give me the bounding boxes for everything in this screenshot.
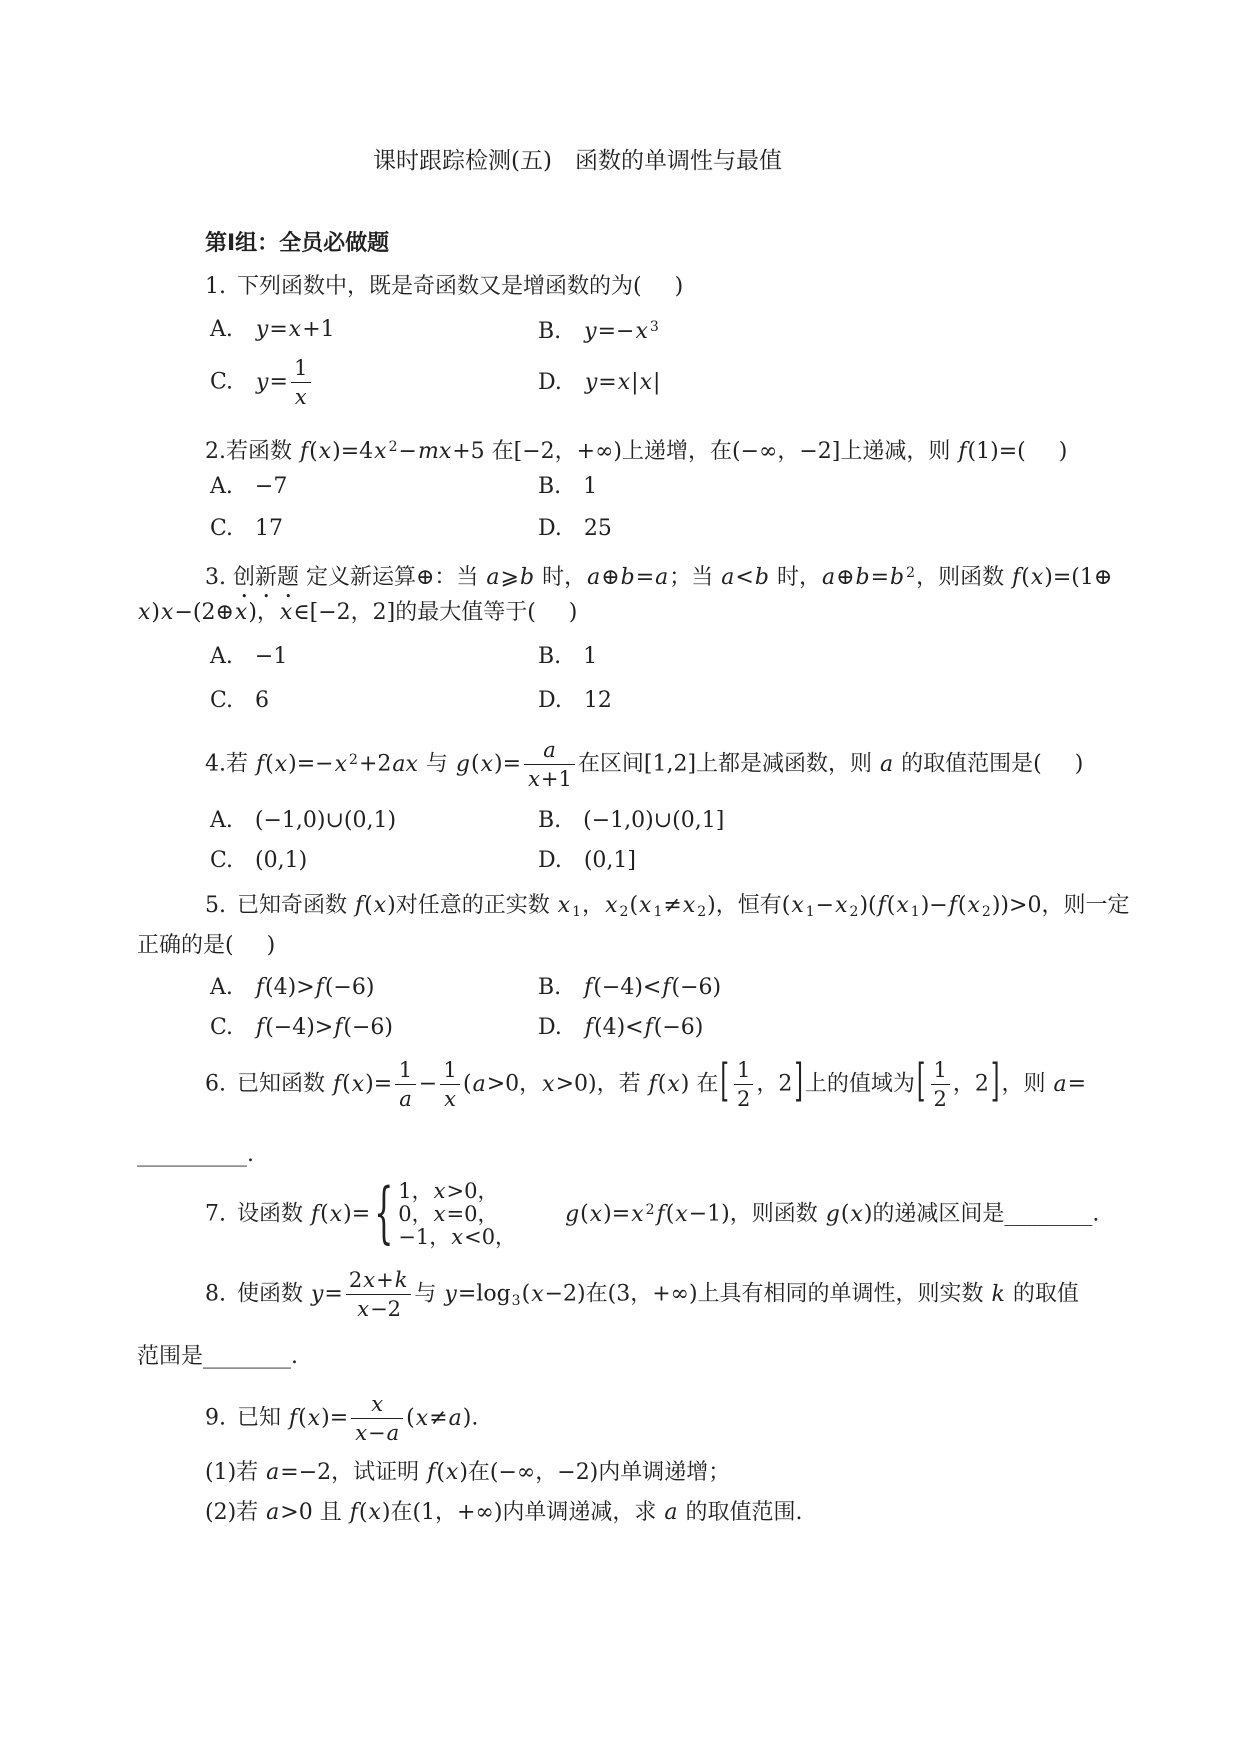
question-5-options-row-1: A. f(4)>f(−6)B. f(−4)<f(−6) xyxy=(210,973,721,1003)
fraction-denominator: x xyxy=(440,1084,460,1111)
question-9-part-1: (1)若 a=−2，试证明 f(x)在(−∞，−2)内单调递增； xyxy=(205,1458,730,1488)
math-variable: a xyxy=(485,565,500,590)
question-5-option-b: B. f(−4)<f(−6) xyxy=(538,973,721,1003)
math-variable: x xyxy=(443,1087,457,1111)
piecewise-definition: {1，x>0，0，x=0，−1，x<0， xyxy=(374,1180,516,1249)
question-5-line-2: 正确的是( ) xyxy=(137,931,275,961)
question-4-option-b: B. (−1,0)∪(0,1] xyxy=(538,806,724,836)
fraction-denominator: 2 xyxy=(931,1084,950,1111)
question-4-option-a: A. (−1,0)∪(0,1) xyxy=(210,806,538,836)
question-4-options-row-1: A. (−1,0)∪(0,1)B. (−1,0)∪(0,1] xyxy=(210,806,724,836)
math-variable: a xyxy=(586,565,601,590)
math-variable: x xyxy=(450,1225,464,1249)
math-variable: y xyxy=(310,1282,324,1307)
math-variable: x xyxy=(639,370,653,395)
math-variable: x xyxy=(634,319,648,344)
question-7-stem: 7. 设函数 f(x)={1，x>0，0，x=0，−1，x<0， g(x)=x2… xyxy=(205,1180,1099,1249)
math-variable: f xyxy=(332,1072,342,1097)
subscript: 3 xyxy=(511,1293,522,1309)
math-variable: y xyxy=(443,1282,457,1307)
question-1-option-a: A. y=x+1 xyxy=(210,315,538,345)
math-variable: a xyxy=(720,565,735,590)
math-variable: x xyxy=(367,1500,381,1525)
subscript: 1 xyxy=(910,904,921,920)
math-variable: a xyxy=(265,1500,280,1525)
math-variable: k xyxy=(991,1282,1006,1307)
math-variable: y xyxy=(584,370,598,395)
math-variable: b xyxy=(620,565,636,590)
fraction-numerator: 1 xyxy=(734,1058,753,1084)
question-3-options-row-2: C. 6D. 12 xyxy=(210,686,612,716)
question-9-part-2: (2)若 a>0 且 f(x)在(1，+∞)内单调递减，求 a 的取值范围. xyxy=(205,1498,803,1528)
question-6-stem: 6. 已知函数 f(x)=1a−1x(a>0，x>0)，若 f(x) 在[12，… xyxy=(205,1058,1086,1111)
math-variable: x xyxy=(527,767,541,791)
fraction: 2x+kx−2 xyxy=(346,1268,412,1321)
question-3-line-1: 3. 创新题 定义新运算⊕：当 a⩾b 时，a⊕b=a；当 a<b 时，a⊕b=… xyxy=(205,558,1112,603)
math-variable: x xyxy=(351,1072,365,1097)
math-variable: f xyxy=(299,439,309,464)
subscript: 2 xyxy=(849,904,860,920)
subscript: 1 xyxy=(652,904,663,920)
math-variable: b xyxy=(855,565,871,590)
math-variable: x xyxy=(790,893,804,918)
math-variable: g xyxy=(455,752,471,777)
math-variable: x xyxy=(849,1202,863,1227)
question-3-option-d: D. 12 xyxy=(538,686,612,716)
superscript: 2 xyxy=(905,565,916,581)
math-variable: f xyxy=(584,1015,594,1040)
math-variable: y xyxy=(255,370,269,395)
superscript: 2 xyxy=(348,752,359,768)
fraction-denominator: x−a xyxy=(351,1418,403,1445)
math-variable: x xyxy=(682,893,696,918)
math-variable: f xyxy=(310,1202,320,1227)
subscript: 2 xyxy=(696,904,707,920)
left-brace-icon: { xyxy=(374,1182,393,1248)
math-variable: y xyxy=(255,317,269,342)
fraction: 1a xyxy=(395,1058,416,1111)
math-variable: x xyxy=(630,1202,644,1227)
fraction-numerator: 2x+k xyxy=(346,1268,412,1294)
math-variable: f xyxy=(1011,565,1021,590)
math-variable: a xyxy=(472,1072,487,1097)
question-5-option-c: C. f(−4)>f(−6) xyxy=(210,1013,538,1043)
math-variable: x xyxy=(160,600,174,625)
superscript: 3 xyxy=(649,319,660,335)
math-variable: y xyxy=(583,319,597,344)
fraction-denominator: 2 xyxy=(734,1084,753,1111)
question-3-option-a: A. −1 xyxy=(210,642,538,672)
question-5-option-d: D. f(4)<f(−6) xyxy=(538,1013,703,1043)
case-line: −1，x<0， xyxy=(398,1226,516,1249)
math-variable: x xyxy=(967,893,981,918)
math-variable: b xyxy=(889,565,905,590)
math-variable: a xyxy=(265,1460,280,1485)
math-variable: f xyxy=(661,975,671,1000)
tall-bracket: [ xyxy=(917,1052,926,1114)
math-variable: a xyxy=(1052,1072,1067,1097)
math-variable: x xyxy=(674,1202,688,1227)
math-variable: x xyxy=(1030,565,1044,590)
subscript: 1 xyxy=(805,904,816,920)
fraction: ax+1 xyxy=(524,738,575,791)
fraction-numerator: 1 xyxy=(291,356,311,382)
math-variable: f xyxy=(877,893,887,918)
math-variable: x xyxy=(638,893,652,918)
fraction: xx−a xyxy=(351,1392,403,1445)
math-variable: f xyxy=(333,1015,343,1040)
superscript: 2 xyxy=(388,439,399,455)
math-variable: a xyxy=(663,1500,678,1525)
question-8-line-1: 8. 使函数 y=2x+kx−2与 y=log3(x−2)在(3，+∞)上具有相… xyxy=(205,1268,1079,1321)
math-variable: x xyxy=(307,1406,321,1431)
question-2-option-c: C. 17 xyxy=(210,514,538,544)
math-variable: x xyxy=(433,1202,447,1226)
math-variable: x xyxy=(557,893,571,918)
math-variable: x xyxy=(666,1072,680,1097)
math-variable: x xyxy=(895,893,909,918)
fraction: 1x xyxy=(291,356,311,409)
math-variable: a xyxy=(821,565,836,590)
math-variable: a xyxy=(398,1087,413,1111)
fraction: 1x xyxy=(440,1058,460,1111)
tall-bracket: ] xyxy=(794,1052,803,1114)
math-variable: x xyxy=(294,385,308,409)
math-variable: x xyxy=(279,600,293,625)
math-variable: x xyxy=(288,317,302,342)
subscript: 1 xyxy=(571,904,582,920)
math-variable: x xyxy=(334,752,348,777)
fraction-numerator: 1 xyxy=(931,1058,950,1084)
question-2-option-a: A. −7 xyxy=(210,472,538,502)
math-variable: f xyxy=(957,439,967,464)
math-variable: x xyxy=(445,1460,459,1485)
math-variable: x xyxy=(356,1297,370,1321)
fraction: 12 xyxy=(734,1058,753,1111)
question-4-options-row-2: C. (0,1)D. (0,1] xyxy=(210,846,636,876)
question-3-option-b: B. 1 xyxy=(538,642,597,672)
emphasized-term: 创新题 xyxy=(233,565,299,590)
subscript: 2 xyxy=(981,904,992,920)
question-2-options-row-1: A. −7B. 1 xyxy=(210,472,597,502)
question-6-answer-blank: __________. xyxy=(137,1140,254,1170)
question-4-option-d: D. (0,1] xyxy=(538,846,636,876)
math-variable: x xyxy=(362,1268,376,1292)
question-1-option-d: D. y=x|x| xyxy=(538,368,660,398)
math-variable: x xyxy=(329,1202,343,1227)
math-variable: a xyxy=(879,752,894,777)
subscript: 2 xyxy=(619,904,630,920)
math-variable: mx xyxy=(417,439,452,464)
math-variable: f xyxy=(255,975,265,1000)
math-variable: b xyxy=(754,565,770,590)
case-line: 0，x=0， xyxy=(398,1203,516,1226)
page-title: 课时跟踪检测(五) 函数的单调性与最值 xyxy=(0,146,1241,176)
question-5-line-1: 5. 已知奇函数 f(x)对任意的正实数 x1，x2(x1≠x2)，恒有(x1−… xyxy=(205,891,1129,927)
math-variable: x xyxy=(834,893,848,918)
math-variable: f xyxy=(648,1072,658,1097)
math-variable: x xyxy=(370,1392,384,1416)
fraction-numerator: 1 xyxy=(395,1058,416,1084)
math-variable: x xyxy=(480,752,494,777)
superscript: 2 xyxy=(645,1202,656,1218)
section-heading: 第Ⅰ组：全员必做题 xyxy=(205,229,389,259)
math-variable: f xyxy=(315,975,325,1000)
math-variable: x xyxy=(373,439,387,464)
math-variable: x xyxy=(530,1282,544,1307)
math-variable: x xyxy=(234,600,248,625)
case-line: 1，x>0， xyxy=(398,1180,516,1203)
math-variable: a xyxy=(542,738,557,762)
math-variable: f xyxy=(354,893,364,918)
math-variable: a xyxy=(386,1421,401,1445)
math-variable: f xyxy=(288,1406,298,1431)
question-2-options-row-2: C. 17D. 25 xyxy=(210,514,612,544)
question-4-option-c: C. (0,1) xyxy=(210,846,538,876)
math-variable: x xyxy=(137,600,151,625)
fraction-numerator: 1 xyxy=(440,1058,460,1084)
math-variable: f xyxy=(255,752,265,777)
math-variable: k xyxy=(394,1268,409,1292)
fraction-numerator: a xyxy=(524,738,575,764)
question-3-options-row-1: A. −1B. 1 xyxy=(210,642,597,672)
math-variable: f xyxy=(656,1202,666,1227)
question-3-line-2: x)x−(2⊕x)，x∈[−2，2]的最大值等于( ) xyxy=(137,598,577,628)
question-1-option-b: B. y=−x3 xyxy=(538,312,660,347)
math-variable: a xyxy=(654,565,669,590)
math-variable: f xyxy=(948,893,958,918)
fraction-numerator: x xyxy=(351,1392,403,1418)
math-variable: x xyxy=(617,370,631,395)
question-9-stem: 9. 已知 f(x)=xx−a(x≠a). xyxy=(205,1392,478,1445)
math-variable: f xyxy=(583,975,593,1000)
math-variable: f xyxy=(644,1015,654,1040)
question-3-option-c: C. 6 xyxy=(210,686,538,716)
question-1-options-row-1: A. y=x+1B. y=−x3 xyxy=(210,312,660,347)
math-variable: g xyxy=(564,1202,580,1227)
fraction-denominator: a xyxy=(395,1084,416,1111)
fraction-denominator: x+1 xyxy=(524,764,575,791)
question-4-stem: 4.若 f(x)=−x2+2ax 与 g(x)=ax+1在区间[1,2]上都是减… xyxy=(205,738,1083,791)
math-variable: x xyxy=(354,1421,368,1445)
math-variable: x xyxy=(415,1406,429,1431)
question-2-option-b: B. 1 xyxy=(538,472,597,502)
question-1-options-row-2: C. y=1xD. y=x|x| xyxy=(210,356,660,409)
question-1-option-c: C. y=1x xyxy=(210,356,538,409)
fraction-denominator: x xyxy=(291,382,311,409)
document-page: 课时跟踪检测(五) 函数的单调性与最值 第Ⅰ组：全员必做题 1. 下列函数中，既… xyxy=(0,0,1241,1754)
math-variable: g xyxy=(825,1202,841,1227)
math-variable: f xyxy=(255,1015,265,1040)
math-variable: x xyxy=(318,439,332,464)
math-variable: f xyxy=(349,1500,359,1525)
question-1-stem: 1. 下列函数中，既是奇函数又是增函数的为( ) xyxy=(205,272,683,302)
math-variable: f xyxy=(426,1460,436,1485)
question-2-stem: 2.若函数 f(x)=4x2−mx+5 在[−2，+∞)上递增，在(−∞，−2]… xyxy=(205,432,1067,467)
cases-column: 1，x>0，0，x=0，−1，x<0， xyxy=(398,1180,516,1249)
tall-bracket: ] xyxy=(991,1052,1000,1114)
math-variable: x xyxy=(274,752,288,777)
math-variable: x xyxy=(604,893,618,918)
math-variable: b xyxy=(519,565,535,590)
fraction-denominator: x−2 xyxy=(346,1294,412,1321)
math-variable: ax xyxy=(391,752,419,777)
question-2-option-d: D. 25 xyxy=(538,514,612,544)
question-5-options-row-2: C. f(−4)>f(−6)D. f(4)<f(−6) xyxy=(210,1013,703,1043)
question-8-line-2: 范围是________. xyxy=(137,1342,298,1372)
question-5-option-a: A. f(4)>f(−6) xyxy=(210,973,538,1003)
tall-bracket: [ xyxy=(720,1052,729,1114)
math-variable: x xyxy=(589,1202,603,1227)
fraction: 12 xyxy=(931,1058,950,1111)
math-variable: a xyxy=(448,1406,463,1431)
math-variable: x xyxy=(373,893,387,918)
math-variable: x xyxy=(541,1072,555,1097)
math-variable: x xyxy=(433,1179,447,1203)
